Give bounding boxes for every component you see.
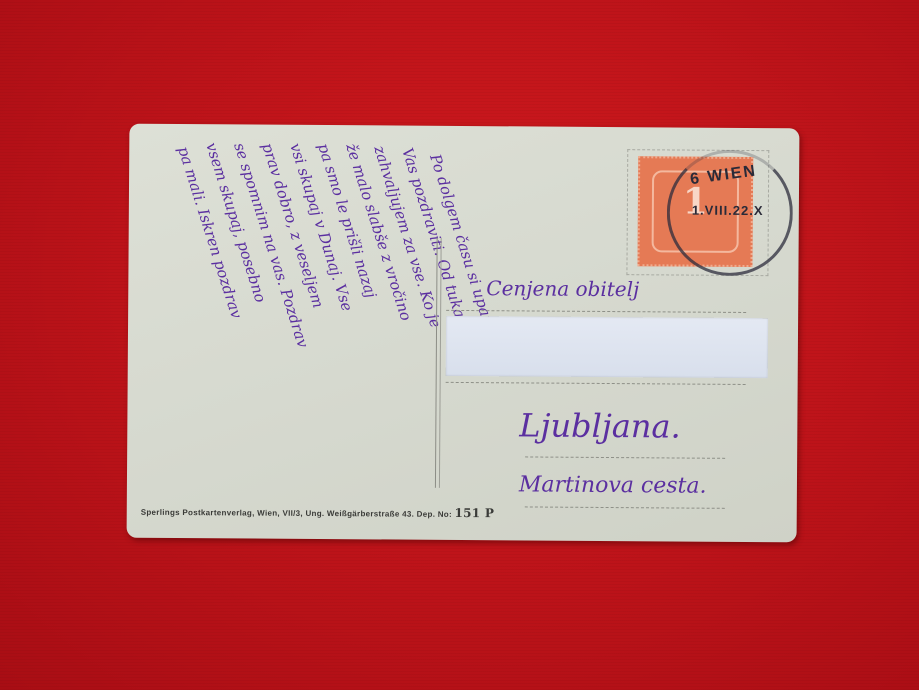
address-street: Martinova cesta. (519, 472, 707, 498)
address-dotted-line (525, 506, 725, 508)
address-dotted-line (446, 382, 746, 385)
handwritten-message: Po dolgem času si upam Vas pozdraviti. O… (141, 130, 434, 502)
postcard: Po dolgem času si upam Vas pozdraviti. O… (127, 124, 800, 543)
imprint-number: 151 P (454, 506, 494, 520)
postmark-city: 6 WIEN (689, 162, 758, 189)
redacted-address-label (446, 316, 768, 378)
address-city: Ljubljana. (519, 406, 681, 445)
card-divider-line (435, 238, 442, 488)
address-recipient: Cenjena obitelj (486, 276, 639, 301)
publisher-imprint: Sperlings Postkartenverlag, Wien, VII/3,… (141, 504, 495, 520)
address-dotted-line (525, 456, 725, 458)
postmark-date: 1.VIII.22.X (692, 203, 764, 219)
postmark-cancellation: 6 WIEN 1.VIII.22.X (666, 149, 793, 276)
imprint-text: Sperlings Postkartenverlag, Wien, VII/3,… (141, 508, 452, 519)
